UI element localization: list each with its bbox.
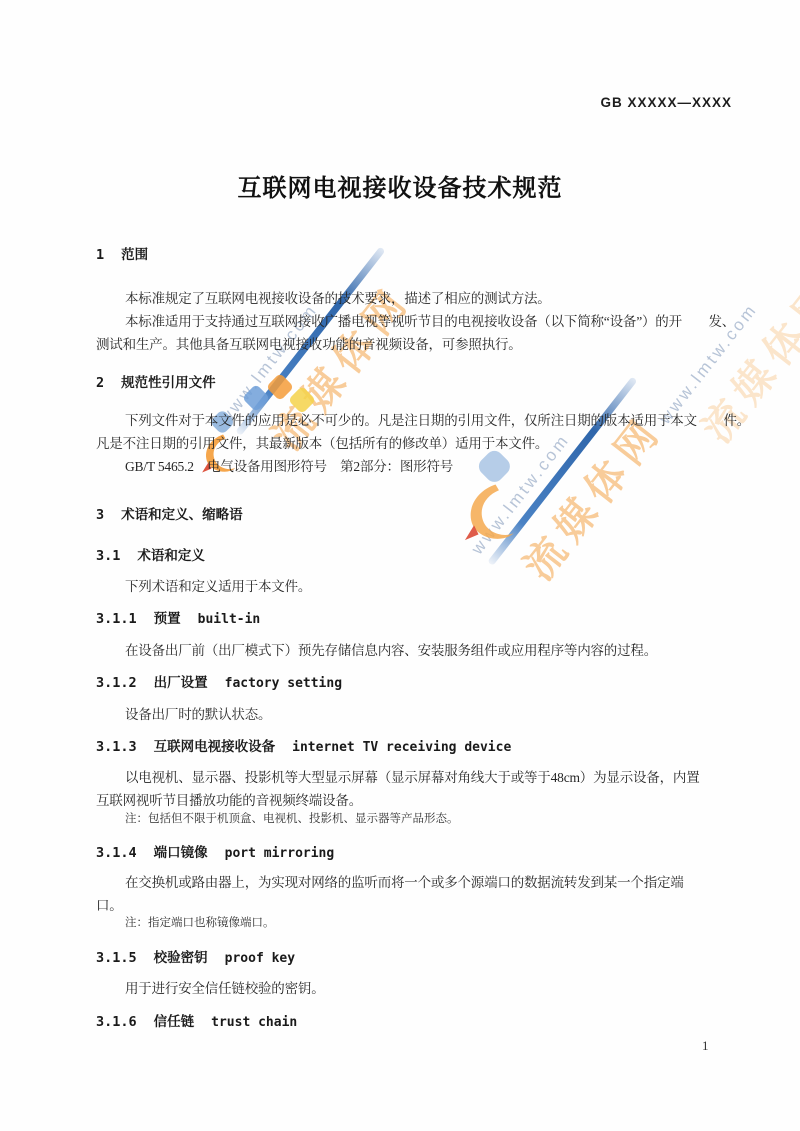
note-line: 注：包括但不限于机顶盒、电视机、投影机、显示器等产品形态。 [125, 810, 459, 826]
document-page: www.lmtw.com 流媒体网 www.lmtw.com 流媒体网 www.… [0, 0, 800, 1131]
section-number: 3.1 [96, 548, 120, 564]
definition-line: 设备出厂时的默认状态。 [125, 703, 271, 723]
section-title: 术语和定义、缩略语 [121, 503, 243, 523]
term-en: trust chain [211, 1015, 297, 1030]
term-3-1-6-heading: 3.1.6 信任链 trust chain [96, 1010, 297, 1030]
watermark-brand-text: 流媒体网 [509, 365, 703, 591]
term-number: 3.1.4 [96, 845, 137, 861]
term-3-1-4-heading: 3.1.4 端口镜像 port mirroring [96, 841, 334, 861]
definition-line: 以电视机、显示器、投影机等大型显示屏幕（显示屏幕对角线大于或等于48cm）为显示… [125, 766, 700, 786]
paragraph-line: 本标准适用于支持通过互联网接收广播电视等视听节目的电视接收设备（以下简称“设备”… [125, 310, 735, 330]
term-3-1-2-heading: 3.1.2 出厂设置 factory setting [96, 671, 342, 691]
definition-line: 口。 [96, 894, 123, 914]
page-title: 互联网电视接收设备技术规范 [0, 168, 800, 203]
term-en: factory setting [225, 676, 342, 691]
term-zh: 预置 [154, 607, 181, 627]
term-number: 3.1.5 [96, 950, 137, 966]
term-en: internet TV receiving device [292, 740, 511, 755]
section-title: 规范性引用文件 [121, 371, 216, 391]
term-zh: 端口镜像 [154, 841, 208, 861]
term-en: proof key [225, 951, 295, 966]
note-line: 注：指定端口也称镜像端口。 [125, 914, 275, 930]
page-number: 1 [702, 1038, 709, 1054]
section-1-heading: 1 范围 [96, 243, 148, 263]
term-number: 3.1.1 [96, 611, 137, 627]
section-3-1-heading: 3.1 术语和定义 [96, 544, 205, 564]
paragraph-line: 测试和生产。其他具备互联网电视接收功能的音视频设备，可参照执行。 [96, 333, 522, 353]
section-3-heading: 3 术语和定义、缩略语 [96, 503, 243, 523]
doc-code: GB XXXXX—XXXX [600, 95, 732, 110]
paragraph-line: 本标准规定了互联网电视接收设备的技术要求，描述了相应的测试方法。 [125, 287, 551, 307]
term-3-1-1-heading: 3.1.1 预置 built-in [96, 607, 260, 627]
paragraph-line: 下列术语和定义适用于本文件。 [125, 575, 311, 595]
term-number: 3.1.2 [96, 675, 137, 691]
section-number: 3 [96, 507, 104, 523]
term-zh: 出厂设置 [154, 671, 208, 691]
watermark-cluster-2: www.lmtw.com 流媒体网 [468, 341, 703, 604]
term-zh: 互联网电视接收设备 [154, 735, 276, 755]
watermark-crescent-logo-icon [452, 446, 530, 548]
term-zh: 信任链 [154, 1010, 195, 1030]
paragraph-line: 下列文件对于本文件的应用是必不可少的。凡是注日期的引用文件，仅所注日期的版本适用… [125, 409, 750, 429]
term-number: 3.1.3 [96, 739, 137, 755]
section-2-heading: 2 规范性引用文件 [96, 371, 216, 391]
section-number: 2 [96, 375, 104, 391]
term-3-1-5-heading: 3.1.5 校验密钥 proof key [96, 946, 295, 966]
term-zh: 校验密钥 [154, 946, 208, 966]
term-en: port mirroring [225, 846, 335, 861]
watermark-swoosh-icon [487, 376, 637, 565]
section-title: 范围 [121, 243, 148, 263]
section-title: 术语和定义 [137, 544, 205, 564]
paragraph-line: 凡是不注日期的引用文件，其最新版本（包括所有的修改单）适用于本文件。 [96, 432, 548, 452]
reference-line: GB/T 5465.2 电气设备用图形符号 第2部分：图形符号 [125, 455, 453, 475]
definition-line: 在设备出厂前（出厂模式下）预先存储信息内容、安装服务组件或应用程序等内容的过程。 [125, 639, 657, 659]
definition-line: 用于进行安全信任链校验的密钥。 [125, 977, 325, 997]
definition-line: 互联网视听节目播放功能的音视频终端设备。 [96, 789, 362, 809]
term-3-1-3-heading: 3.1.3 互联网电视接收设备 internet TV receiving de… [96, 735, 511, 755]
term-en: built-in [198, 612, 261, 627]
term-number: 3.1.6 [96, 1014, 137, 1030]
definition-line: 在交换机或路由器上，为实现对网络的监听而将一个或多个源端口的数据流转发到某一个指… [125, 871, 684, 891]
section-number: 1 [96, 247, 104, 263]
